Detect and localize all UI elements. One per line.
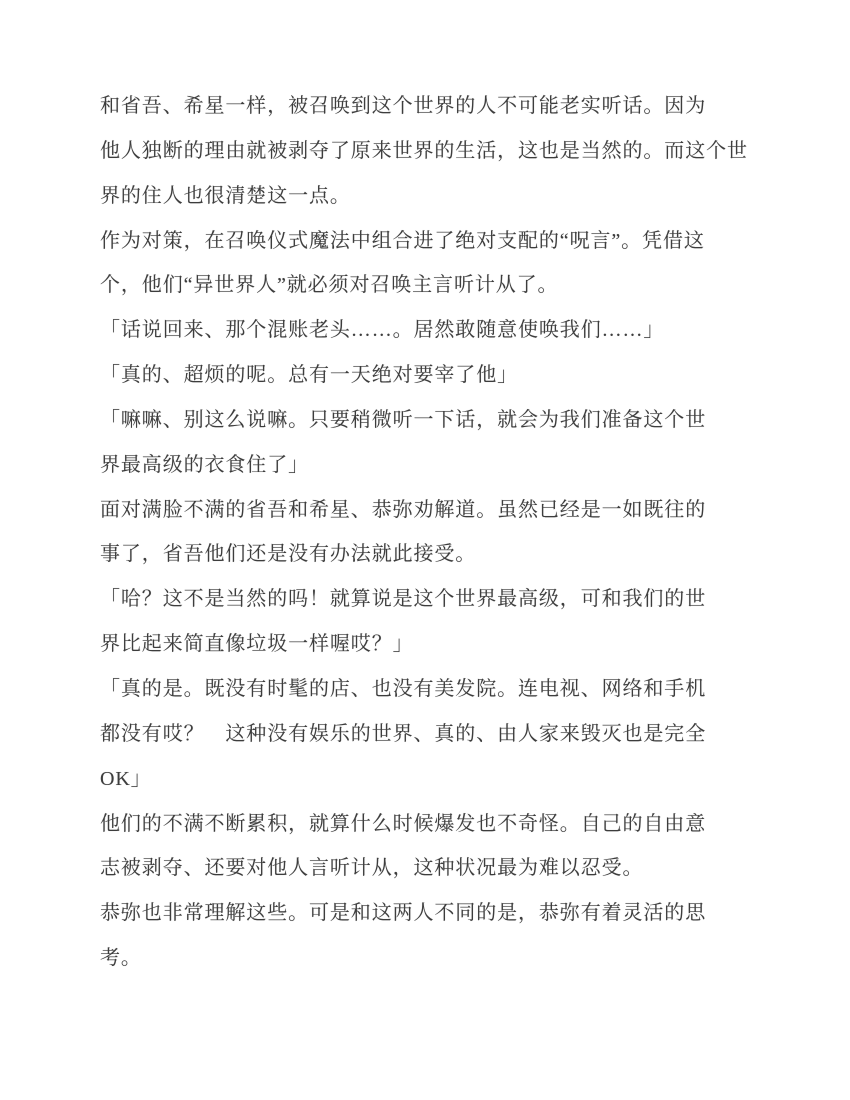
text-line: 界最高级的衣食住了」 <box>100 443 795 488</box>
dialogue-paragraph: 「哈？这不是当然的吗！就算说是这个世界最高级，可和我们的世 界比起来简直像垃圾一… <box>100 577 795 667</box>
text-line: 「哈？这不是当然的吗！就算说是这个世界最高级，可和我们的世 <box>100 577 795 622</box>
document-page: 和省吾、希星一样，被召唤到这个世界的人不可能老实听话。因为 他人独断的理由就被剥… <box>0 0 850 1100</box>
text-line: 「话说回来、那个混账老头……。居然敢随意使唤我们……」 <box>100 308 795 353</box>
dialogue-paragraph: 「话说回来、那个混账老头……。居然敢随意使唤我们……」 <box>100 308 795 353</box>
text-line: 他们的不满不断累积，就算什么时候爆发也不奇怪。自己的自由意 <box>100 802 795 847</box>
text-line: 恭弥也非常理解这些。可是和这两人不同的是，恭弥有着灵活的思 <box>100 891 795 936</box>
paragraph: 恭弥也非常理解这些。可是和这两人不同的是，恭弥有着灵活的思 考。 <box>100 891 795 981</box>
text-line: 他人独断的理由就被剥夺了原来世界的生活，这也是当然的。而这个世 <box>100 129 795 174</box>
dialogue-paragraph: 「真的、超烦的呢。总有一天绝对要宰了他」 <box>100 353 795 398</box>
paragraph: 和省吾、希星一样，被召唤到这个世界的人不可能老实听话。因为 他人独断的理由就被剥… <box>100 84 795 219</box>
text-line: 和省吾、希星一样，被召唤到这个世界的人不可能老实听话。因为 <box>100 84 795 129</box>
paragraph: 面对满脸不满的省吾和希星、恭弥劝解道。虽然已经是一如既往的 事了，省吾他们还是没… <box>100 488 795 578</box>
text-line: 「真的是。既没有时髦的店、也没有美发院。连电视、网络和手机 <box>100 667 795 712</box>
text-line: 个，他们“异世界人”就必须对召唤主言听计从了。 <box>100 263 795 308</box>
dialogue-paragraph: 「真的是。既没有时髦的店、也没有美发院。连电视、网络和手机 都没有哎？ 这种没有… <box>100 667 795 802</box>
text-line: 作为对策，在召唤仪式魔法中组合进了绝对支配的“呪言”。凭借这 <box>100 219 795 264</box>
text-line: 面对满脸不满的省吾和希星、恭弥劝解道。虽然已经是一如既往的 <box>100 488 795 533</box>
text-line: 事了，省吾他们还是没有办法就此接受。 <box>100 532 795 577</box>
text-line: 考。 <box>100 936 795 981</box>
paragraph: 他们的不满不断累积，就算什么时候爆发也不奇怪。自己的自由意 志被剥夺、还要对他人… <box>100 802 795 892</box>
dialogue-paragraph: 「嘛嘛、别这么说嘛。只要稍微听一下话，就会为我们准备这个世 界最高级的衣食住了」 <box>100 398 795 488</box>
text-line: 「真的、超烦的呢。总有一天绝对要宰了他」 <box>100 353 795 398</box>
text-line: 志被剥夺、还要对他人言听计从，这种状况最为难以忍受。 <box>100 846 795 891</box>
text-line: OK」 <box>100 757 795 802</box>
text-line: 「嘛嘛、别这么说嘛。只要稍微听一下话，就会为我们准备这个世 <box>100 398 795 443</box>
paragraph: 作为对策，在召唤仪式魔法中组合进了绝对支配的“呪言”。凭借这 个，他们“异世界人… <box>100 219 795 309</box>
text-line: 都没有哎？ 这种没有娱乐的世界、真的、由人家来毁灭也是完全 <box>100 712 795 757</box>
text-line: 界比起来简直像垃圾一样喔哎？」 <box>100 622 795 667</box>
text-line: 界的住人也很清楚这一点。 <box>100 174 795 219</box>
